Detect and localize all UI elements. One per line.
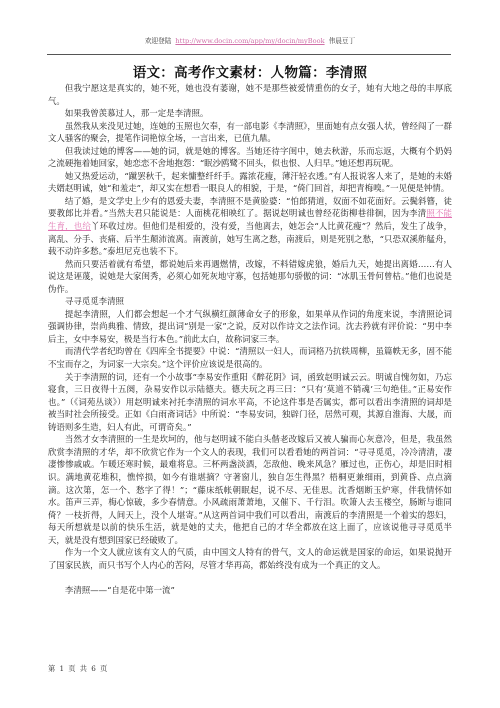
paragraph: 但我宁愿这是真实的，她不死，她也没有萎谢，她不是那些被爱情重伤的女子，她有大地之… <box>48 82 452 107</box>
paragraph: 作为一个文人就应该有文人的气质，由中国文人特有的骨气，文人的命运就是国家的命运，… <box>48 546 452 571</box>
paragraph: 当然才女李清照的一生是坎坷的，他与赵明诚不能白头偕老改嫁后又被人骗而心灰意冷，但… <box>48 433 452 546</box>
paragraph: 虽然我从来没见过她，连她的玉照也欠奉，有一部电影《李清照》，里面她有点女强人状，… <box>48 120 452 145</box>
paragraph: 如果我曾羡慕过人，那一定是李清照。 <box>48 107 452 120</box>
document-body: 但我宁愿这是真实的，她不死，她也没有萎谢，她不是那些被爱情重伤的女子，她有大地之… <box>48 82 452 596</box>
paragraph: 但我读过她的博客——她的词，就是她的博客。当她还待字闺中，她去秋游，乐而忘返，大… <box>48 145 452 170</box>
page-counter: 第 1 页 共 6 页 <box>48 664 108 674</box>
welcome-text: 欢迎登陆 <box>145 37 171 45</box>
document-title: 语文：高考作文素材：人物篇：李清照 <box>0 61 500 81</box>
header-divider <box>47 54 451 55</box>
docin-link[interactable]: http://www.docin.com/app/my/docin/myBook <box>175 37 324 45</box>
paragraph-text: 丫环收过房。但他们是相爱的，没有爱，当他离去，她怎会“人比黄花瘦”？然后，发生了… <box>48 221 452 256</box>
paragraph: 而清代学者纪昀曾在《四库全书提要》中说：“清照以一妇人，而词格乃抗轶周柳，虽篇帙… <box>48 345 452 370</box>
paragraph: 然而只要活着就有希望，都说她后来再遇燃情，改嫁，不料错嫁虎狼，婚后九天，她提出离… <box>48 258 452 296</box>
paragraph: 关于李清照的词，还有一个小故事“李易安作重阳《醉花阴》词，函致赵明诚云云。明诚自… <box>48 371 452 434</box>
paragraph: 提起李清照，人们都会想起一个才气纵横红颜薄命女子的形象，如果单从作词的角度来说，… <box>48 308 452 346</box>
page-header: 欢迎登陆 http://www.docin.com/app/my/docin/m… <box>0 35 500 45</box>
paragraph-text: 结了婚，是文学史上少有的恩爱夫妻，李清照不是黄脸婆：“怕郎猜道，奴面不如花面好。… <box>48 196 452 219</box>
paragraph: 她又热爱运动，“蹴罢秋千，起来慵整纤纤手。露浓花瘦，薄汗轻衣透。”有人报说客人来… <box>48 170 452 195</box>
subheading: 李清照——“自是花中第一流” <box>48 584 452 597</box>
subheading: 寻寻觅觅李清照 <box>48 295 452 308</box>
paragraph-marriage: 结了婚，是文学史上少有的恩爱夫妻，李清照不是黄脸婆：“怕郎猜道，奴面不如花面好。… <box>48 195 452 258</box>
site-name: 伟晨豆丁 <box>329 37 355 45</box>
